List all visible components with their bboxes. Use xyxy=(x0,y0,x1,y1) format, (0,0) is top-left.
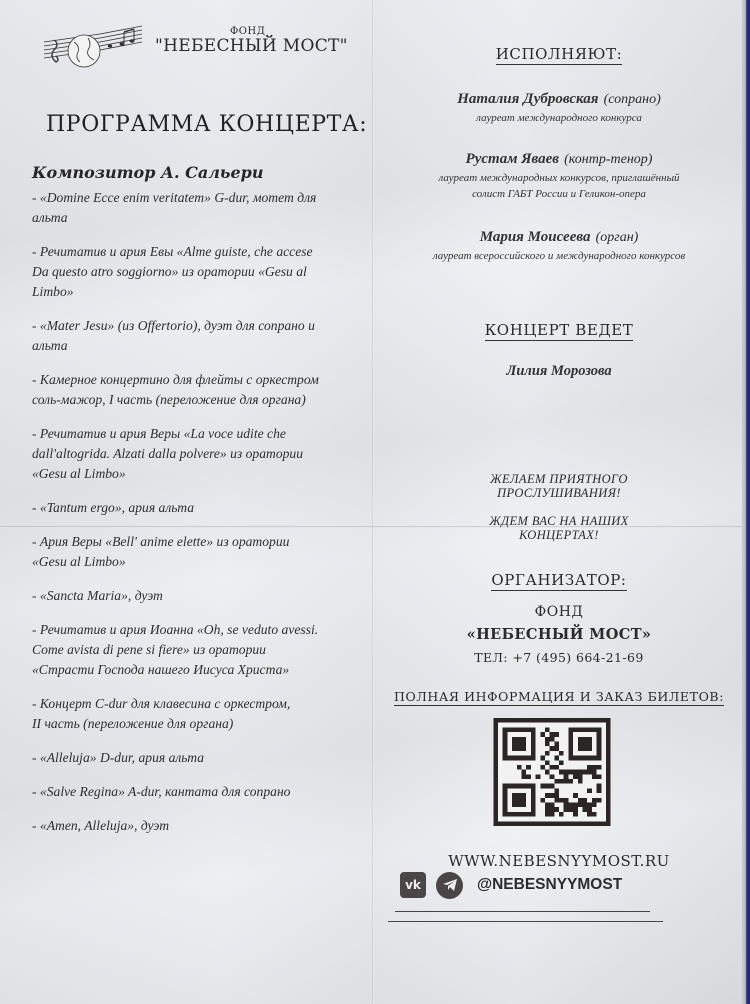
performer-2: Рустам Яваев (контр-тенор) xyxy=(380,148,738,168)
social-handle[interactable]: @NEBESNYYMOST xyxy=(477,876,622,894)
host-name: Лилия Морозова xyxy=(506,363,611,379)
performer-name: Наталия Дубровская xyxy=(457,91,598,107)
program-item: - Ария Веры «Bell' anime elette» из орат… xyxy=(32,532,377,572)
performer-desc: лауреат международного конкурса xyxy=(380,110,738,126)
divider-line xyxy=(388,921,663,922)
program-item: - Речитатив и ария Веры «La voce udite c… xyxy=(32,424,377,484)
info-heading: ПОЛНАЯ ИНФОРМАЦИЯ И ЗАКАЗ БИЛЕТОВ: xyxy=(394,689,724,706)
performer-role: (сопрано) xyxy=(604,92,661,107)
program-item: - «Tantum ergo», ария альта xyxy=(32,498,377,518)
program-item: - Камерное концертино для флейты с оркес… xyxy=(32,370,377,410)
program-item: - «Sancta Maria», дуэт xyxy=(32,586,377,606)
performers-heading: ИСПОЛНЯЮТ: xyxy=(496,45,623,65)
organizer-fund-name: «НЕБЕСНЫЙ МОСТ» xyxy=(380,626,738,643)
vk-icon[interactable]: vk xyxy=(400,872,426,898)
organizer-heading: ОРГАНИЗАТОР: xyxy=(491,571,626,591)
program-item: - Концерт C-dur для клавесина с оркестро… xyxy=(32,694,377,734)
program-item: - «Alleluja» D-dur, ария альта xyxy=(32,748,377,768)
organizer-phone: ТЕЛ: +7 (495) 664-21-69 xyxy=(380,650,738,665)
wish-enjoy: ЖЕЛАЕМ ПРИЯТНОГО ПРОСЛУШИВАНИЯ! xyxy=(380,472,738,500)
wish-see-you: ЖДЕМ ВАС НА НАШИХ КОНЦЕРТАХ! xyxy=(380,514,738,542)
background-edge xyxy=(742,0,750,1004)
program-item: - «Domine Ecce enim veritatem» G-dur, мо… xyxy=(32,188,377,228)
globe-music-notes-icon xyxy=(40,22,148,68)
header-fund-name: "НЕБЕСНЫЙ МОСТ" xyxy=(155,36,348,56)
program-list: - «Domine Ecce enim veritatem» G-dur, мо… xyxy=(32,188,377,850)
organizer-fund-label: ФОНД xyxy=(380,604,738,620)
performer-name: Мария Моисеева xyxy=(480,229,591,245)
program-item: - «Mater Jesu» (из Offertorio), дуэт для… xyxy=(32,316,377,356)
program-item: - Речитатив и ария Иоанна «Oh, se veduto… xyxy=(32,620,377,680)
performer-role: (контр-тенор) xyxy=(564,152,652,167)
program-item: - «Salve Regina» A-dur, кантата для сопр… xyxy=(32,782,377,802)
performer-desc: лауреат международных конкурсов, приглаш… xyxy=(380,170,738,202)
performer-1: Наталия Дубровская (сопрано) xyxy=(380,88,738,108)
program-item: - «Amen, Alleluja», дуэт xyxy=(32,816,377,836)
performer-3: Мария Моисеева (орган) xyxy=(380,226,738,246)
social-row: vk @NEBESNYYMOST xyxy=(400,872,622,898)
website-link[interactable]: WWW.NEBESNYYMOST.RU xyxy=(380,852,738,870)
telegram-icon[interactable] xyxy=(436,872,463,899)
performer-desc: лауреат всероссийского и международного … xyxy=(380,248,738,264)
composer-name: Композитор А. Сальери xyxy=(32,163,263,182)
performer-role: (орган) xyxy=(596,230,639,245)
host-heading: КОНЦЕРТ ВЕДЕТ xyxy=(485,321,634,341)
divider-line xyxy=(395,911,650,912)
program-title: ПРОГРАММА КОНЦЕРТА: xyxy=(46,112,367,137)
qr-code-icon[interactable] xyxy=(493,718,611,826)
concert-flyer: ФОНД "НЕБЕСНЫЙ МОСТ" ПРОГРАММА КОНЦЕРТА:… xyxy=(0,0,742,1004)
program-item: - Речитатив и ария Евы «Alme guiste, che… xyxy=(32,242,377,302)
performer-name: Рустам Яваев xyxy=(466,151,559,167)
